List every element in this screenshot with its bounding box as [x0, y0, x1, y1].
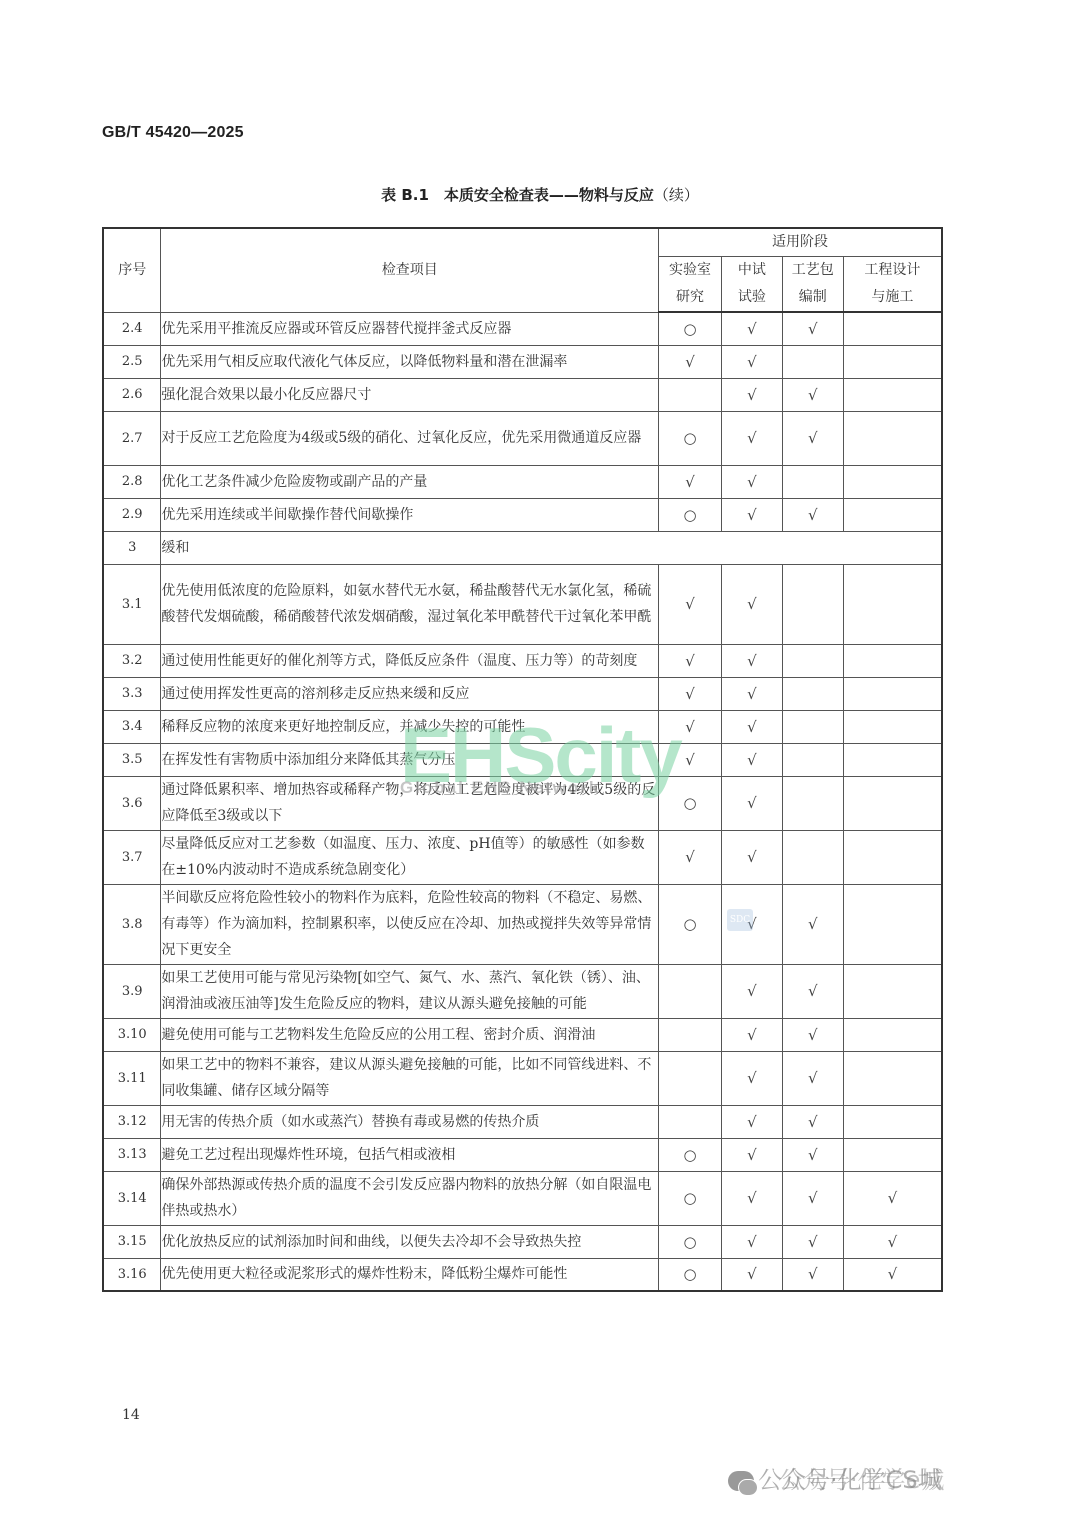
table-row: 3.3通过使用挥发性更高的溶剂移走反应热来缓和反应√√: [103, 677, 942, 710]
table-title-main: 表 B.1 本质安全检查表——物料与反应: [381, 186, 654, 204]
circle-icon: ○: [659, 498, 722, 531]
circle-icon: ○: [659, 1258, 722, 1291]
empty-cell: [659, 1018, 722, 1051]
empty-cell: [843, 465, 942, 498]
table-row: 2.5优先采用气相反应取代液化气体反应，以降低物料量和潜在泄漏率√√: [103, 345, 942, 378]
check-icon: √: [721, 710, 782, 743]
table-row: 3.5在挥发性有害物质中添加组分来降低其蒸气分压√√: [103, 743, 942, 776]
empty-cell: [843, 677, 942, 710]
check-icon: √: [721, 411, 782, 465]
circle-icon: ○: [659, 1171, 722, 1225]
row-number: 3.11: [103, 1051, 161, 1105]
row-number: 2.7: [103, 411, 161, 465]
check-icon: √: [782, 411, 843, 465]
empty-cell: [843, 1138, 942, 1171]
check-icon: √: [843, 1171, 942, 1225]
check-icon: √: [659, 465, 722, 498]
empty-cell: [843, 830, 942, 884]
table-row: 3.8半间歇反应将危险性较小的物料作为底料，危险性较高的物料（不稳定、易燃、有毒…: [103, 884, 942, 964]
section-title: 缓和: [161, 531, 942, 564]
check-icon: √: [721, 465, 782, 498]
table-row: 3.1优先使用低浓度的危险原料，如氨水替代无水氨，稀盐酸替代无水氯化氢，稀硫酸替…: [103, 564, 942, 644]
check-icon: √: [721, 345, 782, 378]
check-icon: √: [721, 964, 782, 1018]
empty-cell: [843, 884, 942, 964]
page-number: 14: [122, 1407, 140, 1423]
empty-cell: [659, 1105, 722, 1138]
check-icon: √: [721, 776, 782, 830]
check-icon: √: [659, 830, 722, 884]
check-icon: √: [782, 312, 843, 345]
check-icon: √: [782, 1138, 843, 1171]
empty-cell: [843, 378, 942, 411]
table-row: 3.11如果工艺中的物料不兼容，建议从源头避免接触的可能，比如不同管线进料、不同…: [103, 1051, 942, 1105]
table-row: 2.7对于反应工艺危险度为4级或5级的硝化、过氧化反应，优先采用微通道反应器○√…: [103, 411, 942, 465]
check-icon: √: [659, 743, 722, 776]
table-row: 2.9优先采用连续或半间歇操作替代间歇操作○√√: [103, 498, 942, 531]
empty-cell: [782, 465, 843, 498]
table-body: 2.4优先采用平推流反应器或环管反应器替代搅拌釜式反应器○√√2.5优先采用气相…: [103, 312, 942, 1291]
stage-label-line1: 工艺包: [792, 262, 834, 278]
empty-cell: [843, 498, 942, 531]
check-item: 优先使用更大粒径或泥浆形式的爆炸性粉末，降低粉尘爆炸可能性: [161, 1258, 659, 1291]
check-icon: √: [721, 378, 782, 411]
check-item: 如果工艺中的物料不兼容，建议从源头避免接触的可能，比如不同管线进料、不同收集罐、…: [161, 1051, 659, 1105]
empty-cell: [782, 677, 843, 710]
row-number: 3.2: [103, 644, 161, 677]
header-stage-3: 工程设计与施工: [843, 257, 942, 313]
circle-icon: ○: [659, 312, 722, 345]
empty-cell: [782, 830, 843, 884]
row-number: 2.4: [103, 312, 161, 345]
table-row: 2.6强化混合效果以最小化反应器尺寸√√: [103, 378, 942, 411]
check-item: 优化放热反应的试剂添加时间和曲线，以便失去冷却不会导致热失控: [161, 1225, 659, 1258]
table-row: 3.9如果工艺使用可能与常见污染物[如空气、氮气、水、蒸汽、氧化铁（锈）、油、润…: [103, 964, 942, 1018]
row-number: 3.14: [103, 1171, 161, 1225]
check-icon: √: [721, 1018, 782, 1051]
check-item: 在挥发性有害物质中添加组分来降低其蒸气分压: [161, 743, 659, 776]
check-icon: √: [721, 743, 782, 776]
check-item: 优先采用连续或半间歇操作替代间歇操作: [161, 498, 659, 531]
row-number: 3.4: [103, 710, 161, 743]
footer-watermark-text-overlay: 公众号·化学e城: [778, 1460, 944, 1495]
row-number: 3.16: [103, 1258, 161, 1291]
row-number: 3.3: [103, 677, 161, 710]
check-item: 优先采用平推流反应器或环管反应器替代搅拌釜式反应器: [161, 312, 659, 345]
empty-cell: [843, 1018, 942, 1051]
circle-icon: ○: [659, 1138, 722, 1171]
check-icon: √: [782, 884, 843, 964]
check-icon: √: [721, 564, 782, 644]
empty-cell: [843, 564, 942, 644]
wechat-footer-watermark: 公众号·化学CS城 公众号·化学e城: [728, 1460, 942, 1495]
empty-cell: [659, 1051, 722, 1105]
check-icon: √: [721, 312, 782, 345]
stage-label-line1: 实验室: [669, 262, 711, 278]
row-number: 2.5: [103, 345, 161, 378]
check-icon: √: [721, 1051, 782, 1105]
check-icon: √: [721, 498, 782, 531]
empty-cell: [843, 743, 942, 776]
table-row: 3.4稀释反应物的浓度来更好地控制反应，并减少失控的可能性√√: [103, 710, 942, 743]
check-item: 半间歇反应将危险性较小的物料作为底料，危险性较高的物料（不稳定、易燃、有毒等）作…: [161, 884, 659, 964]
check-icon: √: [659, 564, 722, 644]
row-number: 2.6: [103, 378, 161, 411]
circle-icon: ○: [659, 1225, 722, 1258]
row-number: 3.1: [103, 564, 161, 644]
row-number: 3.7: [103, 830, 161, 884]
table-row: 3.6通过降低累积率、增加热容或稀释产物，将反应工艺危险度被评为4级或5级的反应…: [103, 776, 942, 830]
header-stage-0: 实验室研究: [659, 257, 722, 313]
table-row: 3.13避免工艺过程出现爆炸性环境，包括气相或液相○√√: [103, 1138, 942, 1171]
header-seq: 序号: [103, 228, 161, 312]
empty-cell: [659, 964, 722, 1018]
check-item: 优先使用低浓度的危险原料，如氨水替代无水氨，稀盐酸替代无水氯化氢，稀硫酸替代发烟…: [161, 564, 659, 644]
check-icon: √: [782, 498, 843, 531]
circle-icon: ○: [659, 884, 722, 964]
empty-cell: [843, 1051, 942, 1105]
check-item: 强化混合效果以最小化反应器尺寸: [161, 378, 659, 411]
check-icon: √: [782, 1018, 843, 1051]
circle-icon: ○: [659, 411, 722, 465]
table-title: 表 B.1 本质安全检查表——物料与反应（续）: [0, 184, 1080, 205]
row-number: 3: [103, 531, 161, 564]
check-icon: √: [782, 1105, 843, 1138]
check-icon: √: [721, 677, 782, 710]
empty-cell: [782, 564, 843, 644]
empty-cell: [782, 743, 843, 776]
check-item: 用无害的传热介质（如水或蒸汽）替换有毒或易燃的传热介质: [161, 1105, 659, 1138]
check-icon: √: [782, 964, 843, 1018]
empty-cell: [843, 776, 942, 830]
header-stage-1: 中试试验: [721, 257, 782, 313]
mini-badge-watermark: SDC: [727, 909, 753, 931]
safety-checklist-table: 序号 检查项目 适用阶段 实验室研究中试试验工艺包编制工程设计与施工 2.4优先…: [102, 227, 943, 1292]
empty-cell: [843, 964, 942, 1018]
stage-label-line1: 中试: [738, 262, 766, 278]
check-icon: √: [659, 345, 722, 378]
stage-label-line2: 编制: [799, 289, 827, 305]
table-row: 3.16优先使用更大粒径或泥浆形式的爆炸性粉末，降低粉尘爆炸可能性○√√√: [103, 1258, 942, 1291]
row-number: 2.9: [103, 498, 161, 531]
check-icon: √: [782, 1258, 843, 1291]
check-icon: √: [782, 1171, 843, 1225]
row-number: 3.15: [103, 1225, 161, 1258]
header-row-1: 序号 检查项目 适用阶段: [103, 228, 942, 257]
empty-cell: [659, 378, 722, 411]
check-icon: √: [843, 1225, 942, 1258]
check-item: 通过使用性能更好的催化剂等方式，降低反应条件（温度、压力等）的苛刻度: [161, 644, 659, 677]
check-icon: √: [721, 1258, 782, 1291]
check-icon: √: [721, 1138, 782, 1171]
check-icon: √: [721, 830, 782, 884]
check-item: 优化工艺条件减少危险废物或副产品的产量: [161, 465, 659, 498]
check-icon: √: [721, 644, 782, 677]
check-icon: √: [721, 1225, 782, 1258]
check-icon: √: [721, 1171, 782, 1225]
check-icon: √: [659, 644, 722, 677]
check-icon: √: [843, 1258, 942, 1291]
row-number: 2.8: [103, 465, 161, 498]
header-stage-2: 工艺包编制: [782, 257, 843, 313]
row-number: 3.8: [103, 884, 161, 964]
check-icon: √: [782, 1051, 843, 1105]
empty-cell: [843, 345, 942, 378]
row-number: 3.5: [103, 743, 161, 776]
check-item: 稀释反应物的浓度来更好地控制反应，并减少失控的可能性: [161, 710, 659, 743]
check-item: 避免工艺过程出现爆炸性环境，包括气相或液相: [161, 1138, 659, 1171]
empty-cell: [782, 776, 843, 830]
check-item: 确保外部热源或传热介质的温度不会引发反应器内物料的放热分解（如自限温电伴热或热水…: [161, 1171, 659, 1225]
circle-icon: ○: [659, 776, 722, 830]
empty-cell: [843, 411, 942, 465]
table-row: 3.14确保外部热源或传热介质的温度不会引发反应器内物料的放热分解（如自限温电伴…: [103, 1171, 942, 1225]
table-row: 2.8优化工艺条件减少危险废物或副产品的产量√√: [103, 465, 942, 498]
empty-cell: [843, 710, 942, 743]
table-row: 3.2通过使用性能更好的催化剂等方式，降低反应条件（温度、压力等）的苛刻度√√: [103, 644, 942, 677]
standard-code: GB/T 45420—2025: [102, 124, 244, 142]
stage-label-line2: 试验: [738, 289, 766, 305]
header-item: 检查项目: [161, 228, 659, 312]
check-icon: √: [721, 1105, 782, 1138]
empty-cell: [782, 345, 843, 378]
check-item: 避免使用可能与工艺物料发生危险反应的公用工程、密封介质、润滑油: [161, 1018, 659, 1051]
check-icon: √: [659, 677, 722, 710]
empty-cell: [843, 312, 942, 345]
table-row: 3.10避免使用可能与工艺物料发生危险反应的公用工程、密封介质、润滑油√√: [103, 1018, 942, 1051]
check-item: 优先采用气相反应取代液化气体反应，以降低物料量和潜在泄漏率: [161, 345, 659, 378]
table-row: 2.4优先采用平推流反应器或环管反应器替代搅拌釜式反应器○√√: [103, 312, 942, 345]
empty-cell: [782, 644, 843, 677]
table-row: 3.15优化放热反应的试剂添加时间和曲线，以便失去冷却不会导致热失控○√√√: [103, 1225, 942, 1258]
table-title-suffix: （续）: [654, 186, 699, 204]
stage-label-line2: 研究: [676, 289, 704, 305]
wechat-icon: [728, 1471, 754, 1491]
row-number: 3.6: [103, 776, 161, 830]
header-stage-group: 适用阶段: [659, 228, 942, 257]
table-row: 3.12用无害的传热介质（如水或蒸汽）替换有毒或易燃的传热介质√√: [103, 1105, 942, 1138]
check-item: 对于反应工艺危险度为4级或5级的硝化、过氧化反应，优先采用微通道反应器: [161, 411, 659, 465]
row-number: 3.9: [103, 964, 161, 1018]
check-icon: √: [782, 1225, 843, 1258]
check-icon: √: [659, 710, 722, 743]
stage-label-line1: 工程设计: [864, 262, 920, 278]
row-number: 3.10: [103, 1018, 161, 1051]
table-row: 3.7尽量降低反应对工艺参数（如温度、压力、浓度、pH值等）的敏感性（如参数在±…: [103, 830, 942, 884]
row-number: 3.13: [103, 1138, 161, 1171]
empty-cell: [843, 1105, 942, 1138]
check-item: 尽量降低反应对工艺参数（如温度、压力、浓度、pH值等）的敏感性（如参数在±10%…: [161, 830, 659, 884]
empty-cell: [782, 710, 843, 743]
empty-cell: [843, 644, 942, 677]
row-number: 3.12: [103, 1105, 161, 1138]
check-icon: √: [782, 378, 843, 411]
check-item: 如果工艺使用可能与常见污染物[如空气、氮气、水、蒸汽、氧化铁（锈）、油、润滑油或…: [161, 964, 659, 1018]
section-row: 3缓和: [103, 531, 942, 564]
check-item: 通过使用挥发性更高的溶剂移走反应热来缓和反应: [161, 677, 659, 710]
check-item: 通过降低累积率、增加热容或稀释产物，将反应工艺危险度被评为4级或5级的反应降低至…: [161, 776, 659, 830]
stage-label-line2: 与施工: [871, 289, 913, 305]
